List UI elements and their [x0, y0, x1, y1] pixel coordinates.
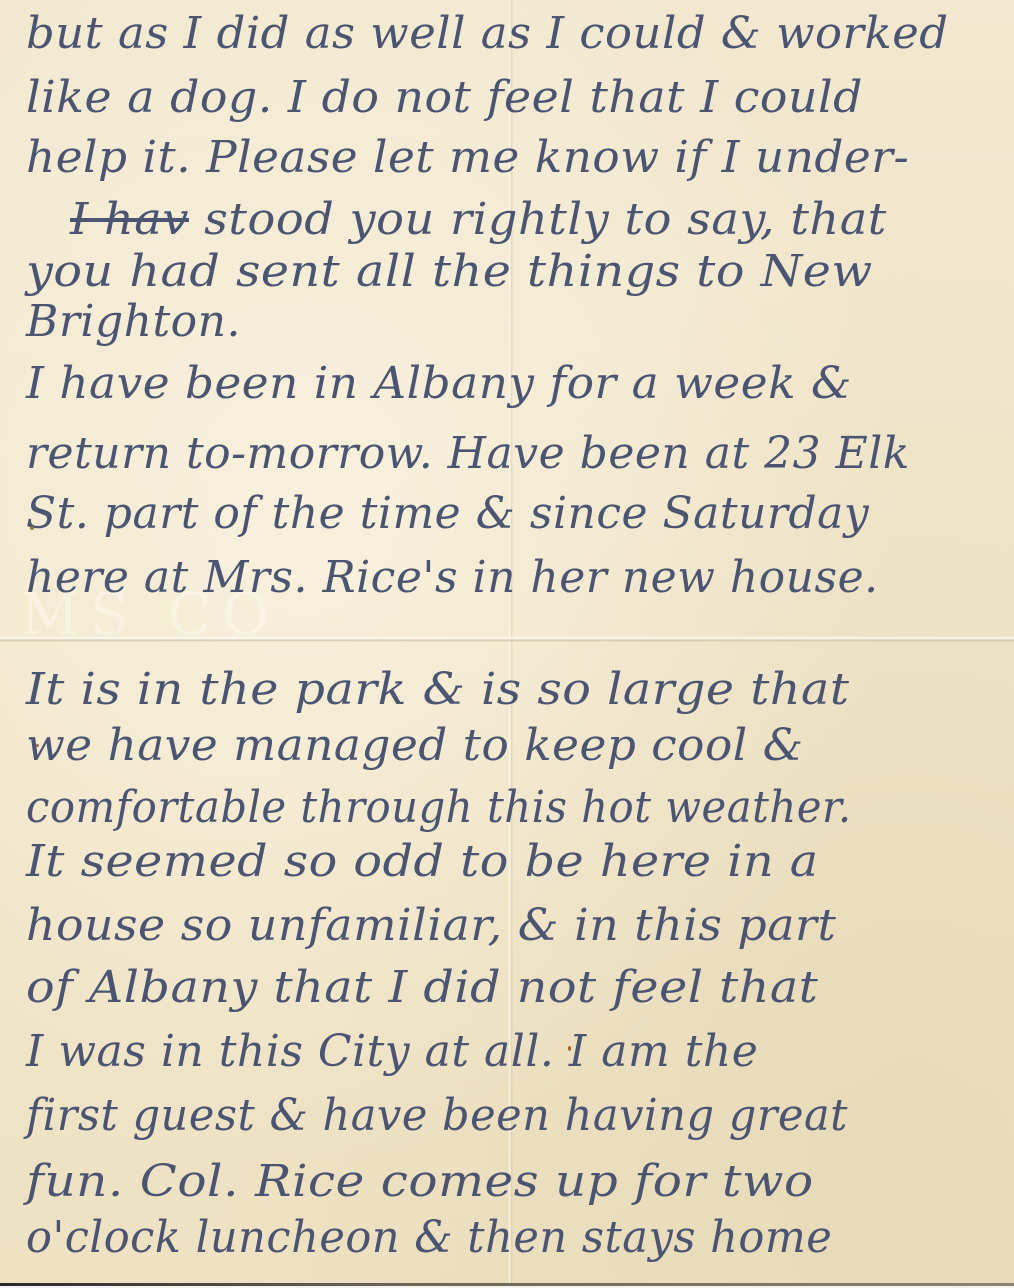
handwritten-line: here at Mrs. Rice's in her new house. — [26, 556, 879, 600]
handwritten-line: first guest & have been having great — [26, 1094, 848, 1138]
handwritten-line: but as I did as well as I could & worked — [26, 12, 949, 56]
horizontal-fold-crease — [0, 636, 1014, 642]
letter-page: MS CO but as I did as well as I could & … — [0, 0, 1014, 1284]
handwritten-line: St. part of the time & since Saturday — [26, 492, 869, 536]
handwritten-line: of Albany that I did not feel that — [26, 966, 818, 1010]
handwritten-line: Brighton. — [26, 300, 241, 344]
handwritten-line: It is in the park & is so large that — [26, 668, 850, 712]
handwritten-line: house so unfamiliar, & in this part — [26, 904, 836, 948]
struck-through-text: I hav — [70, 194, 189, 245]
handwritten-line: comfortable through this hot weather. — [26, 786, 852, 830]
ink-spot — [36, 744, 39, 747]
handwritten-line: help it. Please let me know if I under- — [26, 136, 909, 180]
ink-spot — [568, 1046, 571, 1051]
handwritten-line: o'clock luncheon & then stays home — [26, 1216, 832, 1260]
handwritten-line: I have been in Albany for a week & — [26, 362, 852, 406]
handwritten-line: I was in this City at all. I am the — [26, 1030, 758, 1074]
ink-spot — [30, 526, 34, 530]
handwritten-line: It seemed so odd to be here in a — [26, 840, 819, 884]
handwritten-line: we have managed to keep cool & — [26, 724, 804, 768]
handwritten-line: I hav stood you rightly to say, that — [70, 198, 887, 242]
handwritten-line: return to-morrow. Have been at 23 Elk — [26, 432, 910, 476]
handwritten-line: you had sent all the things to New — [26, 250, 873, 294]
line-text: stood you rightly to say, that — [204, 194, 887, 245]
handwritten-line: fun. Col. Rice comes up for two — [26, 1160, 814, 1204]
handwritten-line: like a dog. I do not feel that I could — [26, 76, 863, 120]
